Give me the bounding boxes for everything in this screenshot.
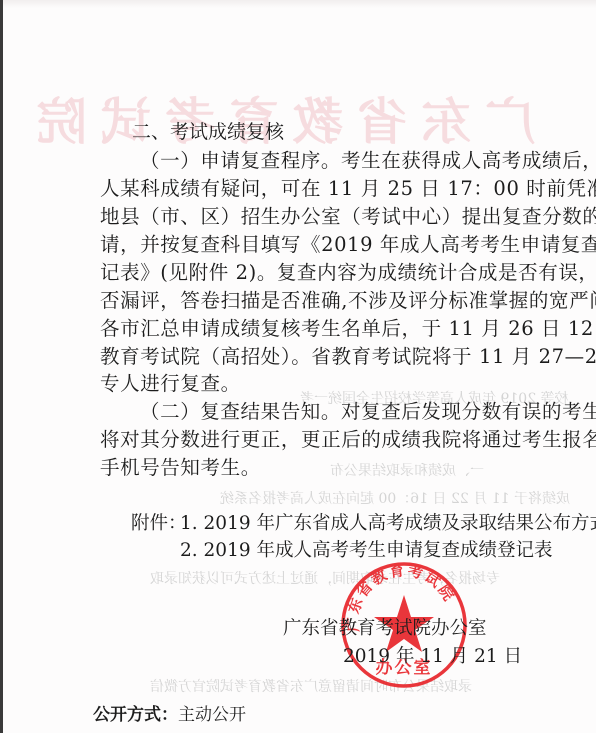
text-line: 各市汇总申请成绩复核考生名单后，于 11 月 26 日 12：00 前报省 — [100, 313, 596, 341]
issue-date: 2019 年 11 月 21 日 — [343, 642, 522, 668]
section-heading: 二、考试成绩复核 — [132, 117, 284, 144]
text-line: 将对其分数进行更正，更正后的成绩我院将通过考生报名绑定的 — [100, 424, 596, 452]
text-line: 教育考试院（高招处）。省教育考试院将于 11 月 27—28 日组织 — [100, 341, 596, 369]
text-line: 否漏评，答卷扫描是否准确,不涉及评分标准掌握的宽严问题。 — [100, 285, 596, 313]
issuer-name: 广东省教育考试院办公室 — [283, 614, 487, 640]
text-line: （二）复查结果告知。对复查后发现分数有误的考生，我院 — [140, 396, 596, 424]
document-page: 广东省教育考试院 校等 2019 年成人高等学校招生全国统一考 一、成绩和录取结… — [0, 0, 596, 733]
text-line: 人某科成绩有疑问，可在 11 月 25 日 17：00 时前凭准考证到当 — [100, 173, 596, 201]
text-line: （一）申请复查程序。考生在获得成人高考成绩后，如对本 — [140, 145, 596, 173]
text-line: 手机号告知考生。 — [100, 452, 261, 480]
scan-top-shade — [3, 0, 596, 8]
attachment-item: 2. 2019 年成人高考考生申请复查成绩登记表 — [180, 536, 553, 562]
disclosure-line: 公开方式：主动公开 — [93, 700, 246, 725]
scan-edge — [0, 0, 3, 733]
text-line: 专人进行复查。 — [100, 368, 241, 396]
text-line: 地县（市、区）招生办公室（考试中心）提出复查分数的书面申 — [100, 201, 596, 229]
bleed-through-text: 成绩将于 11 月 22 日 16：00 起向在成人高考报名系统 — [220, 488, 570, 508]
bleed-through-text: 一、成绩和录取结果公布 — [330, 460, 484, 480]
disclosure-label: 公开方式： — [93, 705, 178, 725]
text-line: 记表》(见附件 2)。复查内容为成绩统计合成是否有误，答卷是 — [100, 257, 596, 285]
disclosure-value: 主动公开 — [178, 705, 246, 725]
attachment-item: 1. 2019 年广东省成人高考成绩及录取结果公布方式 — [180, 509, 596, 535]
text-line: 请，并按复查科目填写《2019 年成人高考考生申请复查成绩登 — [100, 229, 596, 257]
attachments-label: 附件： — [131, 509, 187, 535]
